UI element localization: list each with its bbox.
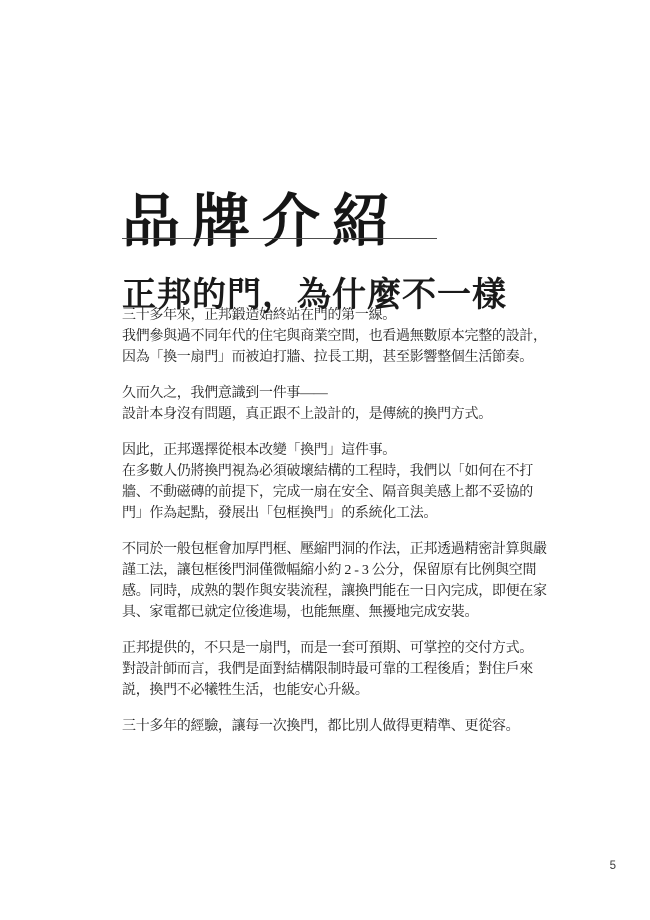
paragraph-realization: 久而久之，我們意識到一件事—— 設計本身沒有問題，真正跟不上設計的，是傳統的換門… [122, 383, 532, 425]
title-divider-line [122, 238, 437, 239]
body-line: 説，換門不必犧牲生活，也能安心升級。 [122, 680, 532, 701]
paragraph-approach: 因此，正邦選擇從根本改變「換門」這件事。 在多數人仍將換門視為必須破壞結構的工程… [122, 440, 532, 524]
body-line: 門」作為起點，發展出「包框換門」的系統化工法。 [122, 503, 532, 524]
body-line: 正邦提供的，不只是一扇門，而是一套可預期、可掌控的交付方式。 [122, 638, 532, 659]
body-line: 對設計師而言，我們是面對結構限制時最可靠的工程後盾；對住戶來 [122, 659, 532, 680]
body-line: 久而久之，我們意識到一件事—— [122, 383, 532, 404]
paragraph-intro: 三十多年來，正邦鍛造始終站在門的第一線。 我們參與過不同年代的住宅與商業空間，也… [122, 305, 532, 368]
body-line: 我們參與過不同年代的住宅與商業空間，也看過無數原本完整的設計， [122, 326, 532, 347]
body-line: 三十多年的經驗，讓每一次換門，都比別人做得更精準、更從容。 [122, 716, 532, 737]
paragraph-closing: 三十多年的經驗，讓每一次換門，都比別人做得更精準、更從容。 [122, 716, 532, 737]
body-text-block: 三十多年來，正邦鍛造始終站在門的第一線。 我們參與過不同年代的住宅與商業空間，也… [122, 305, 532, 752]
brochure-page: 品牌介紹 正邦的門，為什麼不一樣 三十多年來，正邦鍛造始終站在門的第一線。 我們… [0, 0, 650, 920]
body-line: 在多數人仍將換門視為必須破壞結構的工程時，我們以「如何在不打 [122, 461, 532, 482]
body-line: 感。同時，成熟的製作與安裝流程，讓換門能在一日內完成，即便在家 [122, 581, 532, 602]
body-line: 謹工法，讓包框後門洞僅微幅縮小約 2 - 3 公分，保留原有比例與空間 [122, 560, 532, 581]
body-line: 因此，正邦選擇從根本改變「換門」這件事。 [122, 440, 532, 461]
body-line: 具、家電都已就定位後進場，也能無塵、無擾地完成安裝。 [122, 602, 532, 623]
body-line: 不同於一般包框會加厚門框、壓縮門洞的作法，正邦透過精密計算與嚴 [122, 539, 532, 560]
page-number: 5 [610, 860, 616, 872]
body-line: 牆、不動磁磚的前提下，完成一扇在安全、隔音與美感上都不妥協的 [122, 482, 532, 503]
left-photo-edge [0, 0, 11, 920]
body-line: 設計本身沒有問題，真正跟不上設計的，是傳統的換門方式。 [122, 404, 532, 425]
body-line: 因為「換一扇門」而被迫打牆、拉長工期，甚至影響整個生活節奏。 [122, 347, 532, 368]
paragraph-method: 不同於一般包框會加厚門框、壓縮門洞的作法，正邦透過精密計算與嚴 謹工法，讓包框後… [122, 539, 532, 623]
body-line: 三十多年來，正邦鍛造始終站在門的第一線。 [122, 305, 532, 326]
page-title: 品牌介紹 [122, 187, 402, 257]
paragraph-value: 正邦提供的，不只是一扇門，而是一套可預期、可掌控的交付方式。 對設計師而言，我們… [122, 638, 532, 701]
